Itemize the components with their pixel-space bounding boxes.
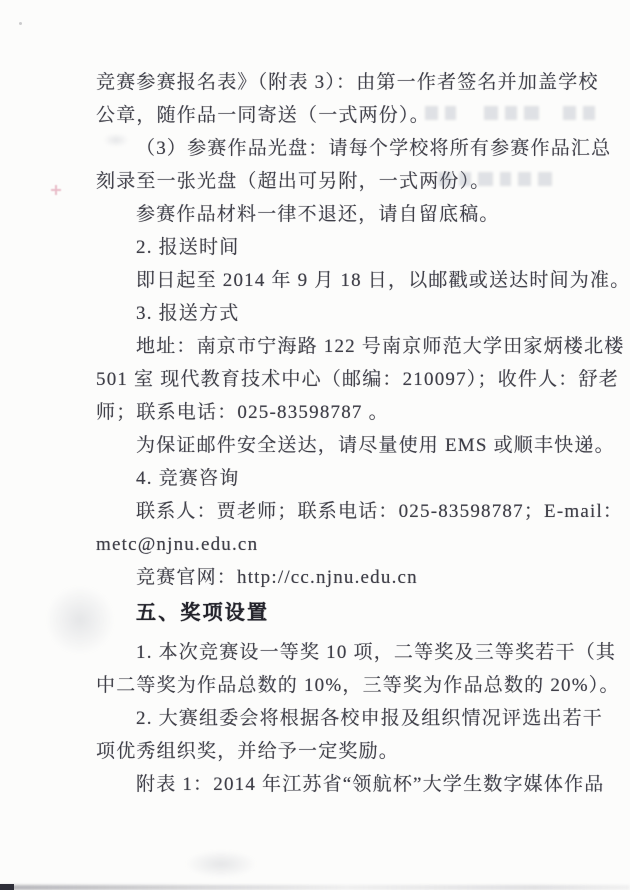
text-line-address: 地址：南京市宁海路 122 号南京师范大学田家炳楼北楼 [96,330,570,363]
scan-smudge [45,585,115,655]
text-line: （3）参赛作品光盘：请每个学校将所有参赛作品汇总 [96,132,570,165]
scanned-document-page: 竞赛参赛报名表》（附表 3）：由第一作者签名并加盖学校 公章，随作品一同寄送（一… [0,0,630,890]
ink-bleedthrough-mark [425,106,595,120]
scan-smudge [185,850,257,878]
text-line: 竞赛参赛报名表》（附表 3）：由第一作者签名并加盖学校 [96,66,570,99]
text-line: 2. 大赛组委会将根据各校申报及组织情况评选出若干 [96,702,570,735]
section-heading-awards: 五、奖项设置 [96,597,570,630]
text-line-website: 竞赛官网：http://cc.njnu.edu.cn [96,561,570,594]
text-line-contact: 联系人：贾老师；联系电话：025-83598787；E-mail： [96,495,570,528]
text-line: 项优秀组织奖，并给予一定奖励。 [96,735,570,768]
text-line-attachment-ref: 附表 1：2014 年江苏省“领航杯”大学生数字媒体作品 [96,768,570,801]
text-line: 即日起至 2014 年 9 月 18 日，以邮戳或送达时间为准。 [96,264,570,297]
text-line: 1. 本次竞赛设一等奖 10 项，二等奖及三等奖若干（其 [96,636,570,669]
dust-speck [19,22,22,25]
text-line: 参赛作品材料一律不退还，请自留底稿。 [96,198,570,231]
pink-cross-artifact [51,185,61,195]
scan-smudge [103,133,129,147]
list-item-contest-inquiry: 4. 竞赛咨询 [96,462,570,495]
text-line-address: 501 室 现代教育技术中心（邮编：210097）；收件人：舒老 [96,363,570,396]
text-line-phone: 师；联系电话：025-83598787 。 [96,396,570,429]
ink-bleedthrough-mark [438,172,552,186]
text-line-email: metc@njnu.edu.cn [96,528,570,561]
list-item-submission-method: 3. 报送方式 [96,297,570,330]
text-line: 中二等奖为作品总数的 10%，三等奖为作品总数的 20%）。 [96,669,570,702]
scan-bottom-edge-shadow [0,885,630,890]
scan-corner-mark [0,884,14,890]
text-line: 为保证邮件安全送达，请尽量使用 EMS 或顺丰快递。 [96,429,570,462]
list-item-submission-time: 2. 报送时间 [96,231,570,264]
